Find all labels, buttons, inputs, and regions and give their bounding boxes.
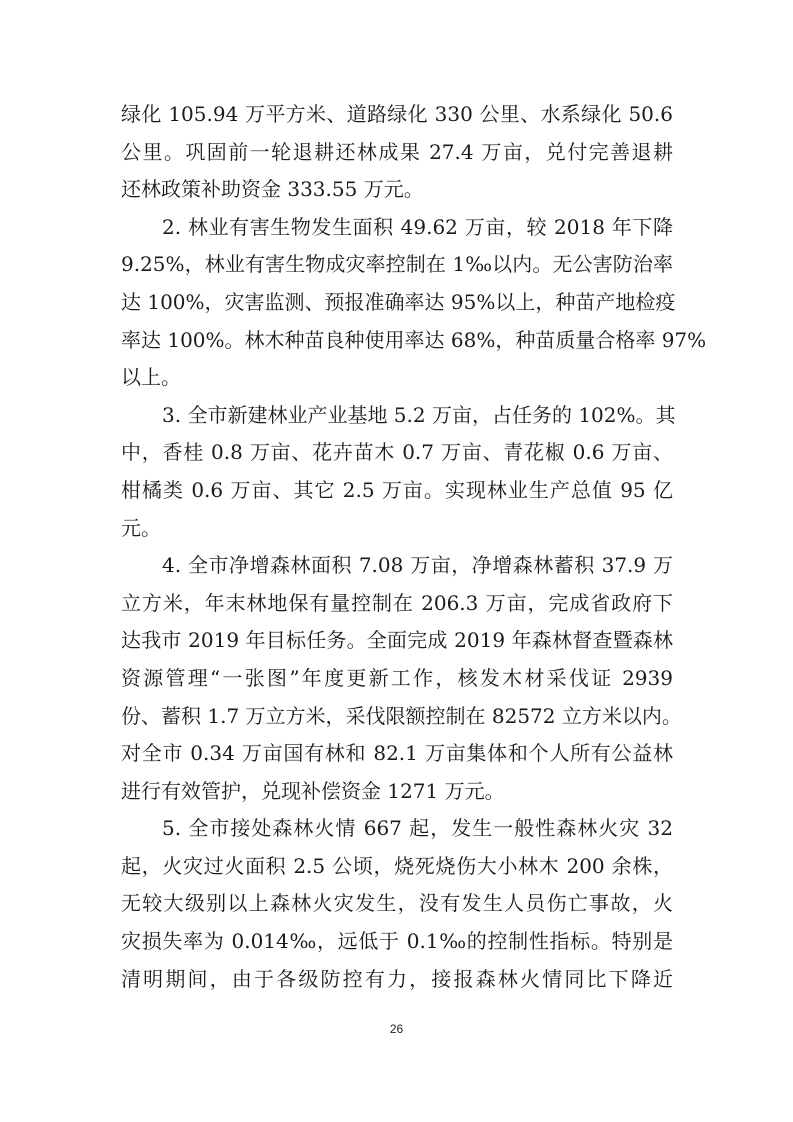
text-line: 立方米，年末林地保有量控制在 206.3 万亩，完成省政府下 bbox=[121, 585, 673, 623]
document-page: 绿化 105.94 万平方米、道路绿化 330 公里、水系绿化 50.6 公里。… bbox=[0, 0, 793, 1122]
paragraph-3-industry-base: 3. 全市新建林业产业基地 5.2 万亩，占任务的 102%。其 中，香桂 0.… bbox=[121, 397, 673, 547]
text-line: 5. 全市接处森林火情 667 起，发生一般性森林火灾 32 bbox=[121, 810, 673, 848]
text-line: 清明期间，由于各级防控有力，接报森林火情同比下降近 bbox=[121, 961, 673, 999]
text-line: 资源管理“一张图”年度更新工作，核发木材采伐证 2939 bbox=[121, 660, 673, 698]
paragraph-continued: 绿化 105.94 万平方米、道路绿化 330 公里、水系绿化 50.6 公里。… bbox=[121, 96, 673, 209]
text-line: 9.25%，林业有害生物成灾率控制在 1‰以内。无公害防治率 bbox=[121, 246, 673, 284]
text-line: 份、蓄积 1.7 万立方米，采伐限额控制在 82572 立方米以内。 bbox=[121, 698, 673, 736]
text-line: 达 100%，灾害监测、预报准确率达 95%以上，种苗产地检疫 bbox=[121, 284, 673, 322]
text-line: 达我市 2019 年目标任务。全面完成 2019 年森林督查暨森林 bbox=[121, 622, 673, 660]
text-line: 对全市 0.34 万亩国有林和 82.1 万亩集体和个人所有公益林 bbox=[121, 735, 673, 773]
text-line: 中，香桂 0.8 万亩、花卉苗木 0.7 万亩、青花椒 0.6 万亩、 bbox=[121, 434, 673, 472]
paragraph-5-forest-fire: 5. 全市接处森林火情 667 起，发生一般性森林火灾 32 起，火灾过火面积 … bbox=[121, 810, 673, 998]
text-line: 还林政策补助资金 333.55 万元。 bbox=[121, 171, 673, 209]
text-line: 3. 全市新建林业产业基地 5.2 万亩，占任务的 102%。其 bbox=[121, 397, 673, 435]
text-line: 无较大级别以上森林火灾发生，没有发生人员伤亡事故，火 bbox=[121, 885, 673, 923]
text-line: 元。 bbox=[121, 510, 673, 548]
text-line: 2. 林业有害生物发生面积 49.62 万亩，较 2018 年下降 bbox=[121, 209, 673, 247]
text-line: 进行有效管护，兑现补偿资金 1271 万元。 bbox=[121, 773, 673, 811]
text-line: 以上。 bbox=[121, 359, 673, 397]
text-line: 绿化 105.94 万平方米、道路绿化 330 公里、水系绿化 50.6 bbox=[121, 96, 673, 134]
paragraph-4-forest-area: 4. 全市净增森林面积 7.08 万亩，净增森林蓄积 37.9 万 立方米，年末… bbox=[121, 547, 673, 810]
text-line: 柑橘类 0.6 万亩、其它 2.5 万亩。实现林业生产总值 95 亿 bbox=[121, 472, 673, 510]
paragraph-2-pest-control: 2. 林业有害生物发生面积 49.62 万亩，较 2018 年下降 9.25%，… bbox=[121, 209, 673, 397]
text-line: 灾损失率为 0.014‰，远低于 0.1‰的控制性指标。特别是 bbox=[121, 923, 673, 961]
body-text: 绿化 105.94 万平方米、道路绿化 330 公里、水系绿化 50.6 公里。… bbox=[121, 96, 673, 998]
text-line: 4. 全市净增森林面积 7.08 万亩，净增森林蓄积 37.9 万 bbox=[121, 547, 673, 585]
text-line: 率达 100%。林木种苗良种使用率达 68%，种苗质量合格率 97% bbox=[121, 322, 673, 360]
text-line: 起，火灾过火面积 2.5 公顷，烧死烧伤大小林木 200 余株， bbox=[121, 848, 673, 886]
text-line: 公里。巩固前一轮退耕还林成果 27.4 万亩，兑付完善退耕 bbox=[121, 134, 673, 172]
page-number: 26 bbox=[0, 1022, 793, 1036]
